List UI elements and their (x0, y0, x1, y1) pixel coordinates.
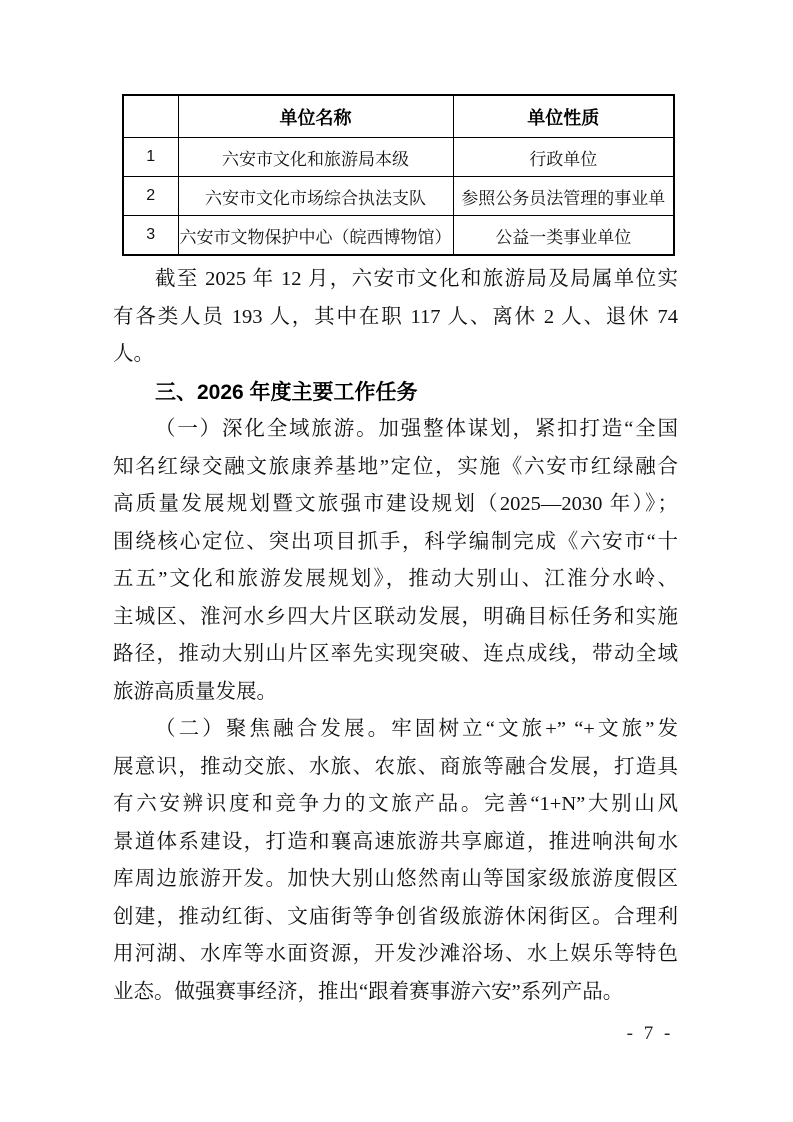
text-line: 旅游高质量发展。 (113, 674, 678, 712)
text-line: （一）深化全域旅游。加强整体谋划，紧扣打造“全国 (113, 411, 678, 449)
row-index: 1 (123, 138, 178, 177)
paragraph-one: （一）深化全域旅游。加强整体谋划，紧扣打造“全国 知名红绿交融文旅康养基地”定位… (113, 411, 678, 711)
text-line: 知名红绿交融文旅康养基地”定位，实施《六安市红绿融合 (113, 449, 678, 487)
header-unit-name: 单位名称 (178, 95, 453, 138)
table-row: 3 六安市文物保护中心（皖西博物馆） 公益一类事业单位 (123, 216, 674, 256)
text-line: 景道体系建设，打造和襄高速旅游共享廊道，推进响洪甸水 (113, 824, 678, 862)
page-number: - 7 - (612, 1023, 688, 1045)
section-heading: 三、2026 年度主要工作任务 (113, 374, 678, 412)
unit-name-cell: 六安市文物保护中心（皖西博物馆） (178, 216, 453, 256)
text-line: 用河湖、水库等水面资源，开发沙滩浴场、水上娱乐等特色 (113, 936, 678, 974)
row-index: 3 (123, 216, 178, 256)
text-line: 围绕核心定位、突出项目抓手，科学编制完成《六安市“十 (113, 524, 678, 562)
table-row: 2 六安市文化市场综合执法支队 参照公务员法管理的事业单 (123, 177, 674, 216)
text-line: 业态。做强赛事经济，推出“跟着赛事游六安”系列产品。 (113, 974, 678, 1012)
header-unit-nature: 单位性质 (453, 95, 674, 138)
text-line: 有六安辨识度和竞争力的文旅产品。完善“1+N”大别山风 (113, 786, 678, 824)
unit-nature-cell: 行政单位 (453, 138, 674, 177)
table-header-row: 单位名称 单位性质 (123, 95, 674, 138)
text-line: 人。 (113, 336, 678, 374)
summary-paragraph: 截至 2025 年 12 月，六安市文化和旅游局及局属单位实 有各类人员 193… (113, 261, 678, 374)
row-index: 2 (123, 177, 178, 216)
document-page: 单位名称 单位性质 1 六安市文化和旅游局本级 行政单位 2 六安市文化市场综合… (0, 0, 793, 1122)
text-line: 主城区、淮河水乡四大片区联动发展，明确目标任务和实施 (113, 599, 678, 637)
text-line: 截至 2025 年 12 月，六安市文化和旅游局及局属单位实 (113, 261, 678, 299)
text-line: （二）聚焦融合发展。牢固树立“文旅+” “+文旅”发 (113, 711, 678, 749)
table-row: 1 六安市文化和旅游局本级 行政单位 (123, 138, 674, 177)
text-line: 高质量发展规划暨文旅强市建设规划（2025—2030 年）》； (113, 486, 678, 524)
text-line: 库周边旅游开发。加快大别山悠然南山等国家级旅游度假区 (113, 861, 678, 899)
text-line: 有各类人员 193 人，其中在职 117 人、离休 2 人、退休 74 (113, 299, 678, 337)
text-line: 创建，推动红街、文庙街等争创省级旅游休闲街区。合理利 (113, 899, 678, 937)
text-line: 展意识，推动交旅、水旅、农旅、商旅等融合发展，打造具 (113, 749, 678, 787)
text-line: 五五”文化和旅游发展规划》，推动大别山、江淮分水岭、 (113, 561, 678, 599)
paragraph-two: （二）聚焦融合发展。牢固树立“文旅+” “+文旅”发 展意识，推动交旅、水旅、农… (113, 711, 678, 1011)
unit-table: 单位名称 单位性质 1 六安市文化和旅游局本级 行政单位 2 六安市文化市场综合… (122, 94, 675, 256)
header-index-cell (123, 95, 178, 138)
unit-name-cell: 六安市文化和旅游局本级 (178, 138, 453, 177)
unit-nature-cell: 公益一类事业单位 (453, 216, 674, 256)
unit-name-cell: 六安市文化市场综合执法支队 (178, 177, 453, 216)
text-line: 路径，推动大别山片区率先实现突破、连点成线，带动全域 (113, 636, 678, 674)
document-body: 截至 2025 年 12 月，六安市文化和旅游局及局属单位实 有各类人员 193… (113, 261, 678, 1011)
unit-nature-cell: 参照公务员法管理的事业单 (453, 177, 674, 216)
